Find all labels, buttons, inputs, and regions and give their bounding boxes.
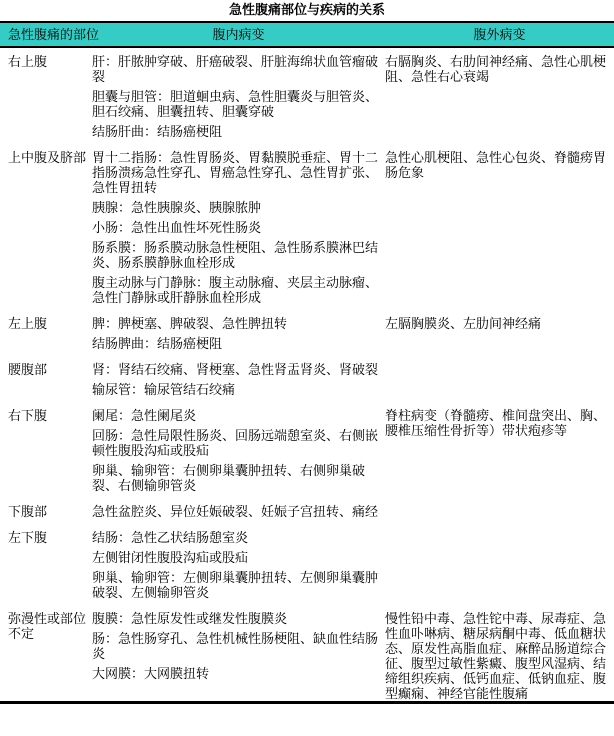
intra-abdominal-lesions-cell: 胃十二指肠：急性胃肠炎、胃黏膜脱垂症、胃十二指肠溃疡急性穿孔、胃癌急性穿孔、急性… xyxy=(92,144,385,310)
table-body: 右上腹肝：肝脓肿穿破、肝癌破裂、肝脏海绵状血管瘤破裂胆囊与胆管：胆道蛔虫病、急性… xyxy=(0,47,614,703)
pain-location-cell: 右下腹 xyxy=(0,402,92,498)
column-header-pain-location: 急性腹痛的部位 xyxy=(0,22,92,47)
extra-abdominal-lesions-cell: 慢性铅中毒、急性铊中毒、尿毒症、急性血卟啉病、糖尿病酮中毒、低血糖状态、原发性高… xyxy=(385,605,614,703)
table-row: 右上腹肝：肝脓肿穿破、肝癌破裂、肝脏海绵状血管瘤破裂胆囊与胆管：胆道蛔虫病、急性… xyxy=(0,47,614,144)
header-row: 急性腹痛的部位 腹内病变 腹外病变 xyxy=(0,22,614,47)
table-row: 上中腹及脐部胃十二指肠：急性胃肠炎、胃黏膜脱垂症、胃十二指肠溃疡急性穿孔、胃癌急… xyxy=(0,144,614,310)
pain-location-cell: 左下腹 xyxy=(0,524,92,605)
pain-location-cell: 右上腹 xyxy=(0,47,92,144)
intra-abdominal-lesions-cell: 结肠：急性乙状结肠憩室炎左侧钳闭性腹股沟疝或股疝卵巢、输卵管：左侧卵巢囊肿扭转、… xyxy=(92,524,385,605)
intra-abdominal-lesions-cell: 急性盆腔炎、异位妊娠破裂、妊娠子宫扭转、痛经 xyxy=(92,498,385,524)
lesion-entry: 脾：脾梗塞、脾破裂、急性脾扭转 xyxy=(92,316,385,331)
pain-location-cell: 腰腹部 xyxy=(0,356,92,402)
pain-location-cell: 弥漫性或部位不定 xyxy=(0,605,92,703)
abdominal-pain-disease-table: 急性腹痛的部位 腹内病变 腹外病变 右上腹肝：肝脓肿穿破、肝癌破裂、肝脏海绵状血… xyxy=(0,21,614,704)
lesion-entry: 输尿管：输尿管结石绞痛 xyxy=(92,382,385,397)
lesion-entry: 大网膜：大网膜扭转 xyxy=(92,666,385,681)
table-row: 腰腹部肾：肾结石绞痛、肾梗塞、急性肾盂肾炎、肾破裂输尿管：输尿管结石绞痛 xyxy=(0,356,614,402)
lesion-entry: 小肠：急性出血性坏死性肠炎 xyxy=(92,220,385,235)
table-row: 左上腹脾：脾梗塞、脾破裂、急性脾扭转结肠脾曲：结肠癌梗阻左膈胸膜炎、左肋间神经痛 xyxy=(0,310,614,356)
lesion-entry: 腹膜：急性原发性或继发性腹膜炎 xyxy=(92,611,385,626)
pain-location-cell: 上中腹及脐部 xyxy=(0,144,92,310)
lesion-entry: 回肠：急性局限性肠炎、回肠远端憩室炎、右侧嵌顿性腹股沟疝或股疝 xyxy=(92,428,385,458)
pain-location-cell: 下腹部 xyxy=(0,498,92,524)
extra-abdominal-lesions-cell: 左膈胸膜炎、左肋间神经痛 xyxy=(385,310,614,356)
lesion-entry: 急性盆腔炎、异位妊娠破裂、妊娠子宫扭转、痛经 xyxy=(92,504,385,519)
table-row: 右下腹阑尾：急性阑尾炎回肠：急性局限性肠炎、回肠远端憩室炎、右侧嵌顿性腹股沟疝或… xyxy=(0,402,614,498)
intra-abdominal-lesions-cell: 阑尾：急性阑尾炎回肠：急性局限性肠炎、回肠远端憩室炎、右侧嵌顿性腹股沟疝或股疝卵… xyxy=(92,402,385,498)
lesion-entry: 胰腺：急性胰腺炎、胰腺脓肿 xyxy=(92,200,385,215)
lesion-entry: 肝：肝脓肿穿破、肝癌破裂、肝脏海绵状血管瘤破裂 xyxy=(92,54,385,84)
table-row: 下腹部急性盆腔炎、异位妊娠破裂、妊娠子宫扭转、痛经 xyxy=(0,498,614,524)
extra-abdominal-lesions-cell: 脊柱病变（脊髓痨、椎间盘突出、胸、腰椎压缩性骨折等）带状疱疹等 xyxy=(385,402,614,498)
pain-location-cell: 左上腹 xyxy=(0,310,92,356)
extra-abdominal-lesions-cell xyxy=(385,524,614,605)
lesion-entry: 结肠：急性乙状结肠憩室炎 xyxy=(92,530,385,545)
intra-abdominal-lesions-cell: 腹膜：急性原发性或继发性腹膜炎肠：急性肠穿孔、急性机械性肠梗阻、缺血性结肠炎大网… xyxy=(92,605,385,703)
table-row: 左下腹结肠：急性乙状结肠憩室炎左侧钳闭性腹股沟疝或股疝卵巢、输卵管：左侧卵巢囊肿… xyxy=(0,524,614,605)
lesion-entry: 左侧钳闭性腹股沟疝或股疝 xyxy=(92,550,385,565)
extra-abdominal-lesions-cell: 急性心肌梗阻、急性心包炎、脊髓痨胃肠危象 xyxy=(385,144,614,310)
lesion-entry: 阑尾：急性阑尾炎 xyxy=(92,408,385,423)
intra-abdominal-lesions-cell: 脾：脾梗塞、脾破裂、急性脾扭转结肠脾曲：结肠癌梗阻 xyxy=(92,310,385,356)
table-row: 弥漫性或部位不定腹膜：急性原发性或继发性腹膜炎肠：急性肠穿孔、急性机械性肠梗阻、… xyxy=(0,605,614,703)
column-header-extra-abdominal-lesions: 腹外病变 xyxy=(385,22,614,47)
extra-abdominal-lesions-cell: 右膈胸炎、右肋间神经痛、急性心肌梗阻、急性右心衰竭 xyxy=(385,47,614,144)
lesion-entry: 胆囊与胆管：胆道蛔虫病、急性胆囊炎与胆管炎、胆石绞痛、胆囊扭转、胆囊穿破 xyxy=(92,89,385,119)
page-title: 急性腹痛部位与疾病的关系 xyxy=(0,0,614,21)
extra-abdominal-lesions-cell xyxy=(385,498,614,524)
lesion-entry: 肠系膜：肠系膜动脉急性梗阻、急性肠系膜淋巴结炎、肠系膜静脉血栓形成 xyxy=(92,240,385,270)
lesion-entry: 卵巢、输卵管：右侧卵巢囊肿扭转、右侧卵巢破裂、右侧输卵管炎 xyxy=(92,463,385,493)
lesion-entry: 卵巢、输卵管：左侧卵巢囊肿扭转、左侧卵巢囊肿破裂、左侧输卵管炎 xyxy=(92,570,385,600)
lesion-entry: 结肠肝曲：结肠癌梗阻 xyxy=(92,124,385,139)
intra-abdominal-lesions-cell: 肝：肝脓肿穿破、肝癌破裂、肝脏海绵状血管瘤破裂胆囊与胆管：胆道蛔虫病、急性胆囊炎… xyxy=(92,47,385,144)
lesion-entry: 肠：急性肠穿孔、急性机械性肠梗阻、缺血性结肠炎 xyxy=(92,631,385,661)
column-header-intra-abdominal-lesions: 腹内病变 xyxy=(92,22,385,47)
lesion-entry: 腹主动脉与门静脉：腹主动脉瘤、夹层主动脉瘤、急性门静脉或肝静脉血栓形成 xyxy=(92,275,385,305)
page: 急性腹痛部位与疾病的关系 急性腹痛的部位 腹内病变 腹外病变 右上腹肝：肝脓肿穿… xyxy=(0,0,614,736)
lesion-entry: 胃十二指肠：急性胃肠炎、胃黏膜脱垂症、胃十二指肠溃疡急性穿孔、胃癌急性穿孔、急性… xyxy=(92,150,385,195)
lesion-entry: 肾：肾结石绞痛、肾梗塞、急性肾盂肾炎、肾破裂 xyxy=(92,362,385,377)
intra-abdominal-lesions-cell: 肾：肾结石绞痛、肾梗塞、急性肾盂肾炎、肾破裂输尿管：输尿管结石绞痛 xyxy=(92,356,385,402)
extra-abdominal-lesions-cell xyxy=(385,356,614,402)
lesion-entry: 结肠脾曲：结肠癌梗阻 xyxy=(92,336,385,351)
